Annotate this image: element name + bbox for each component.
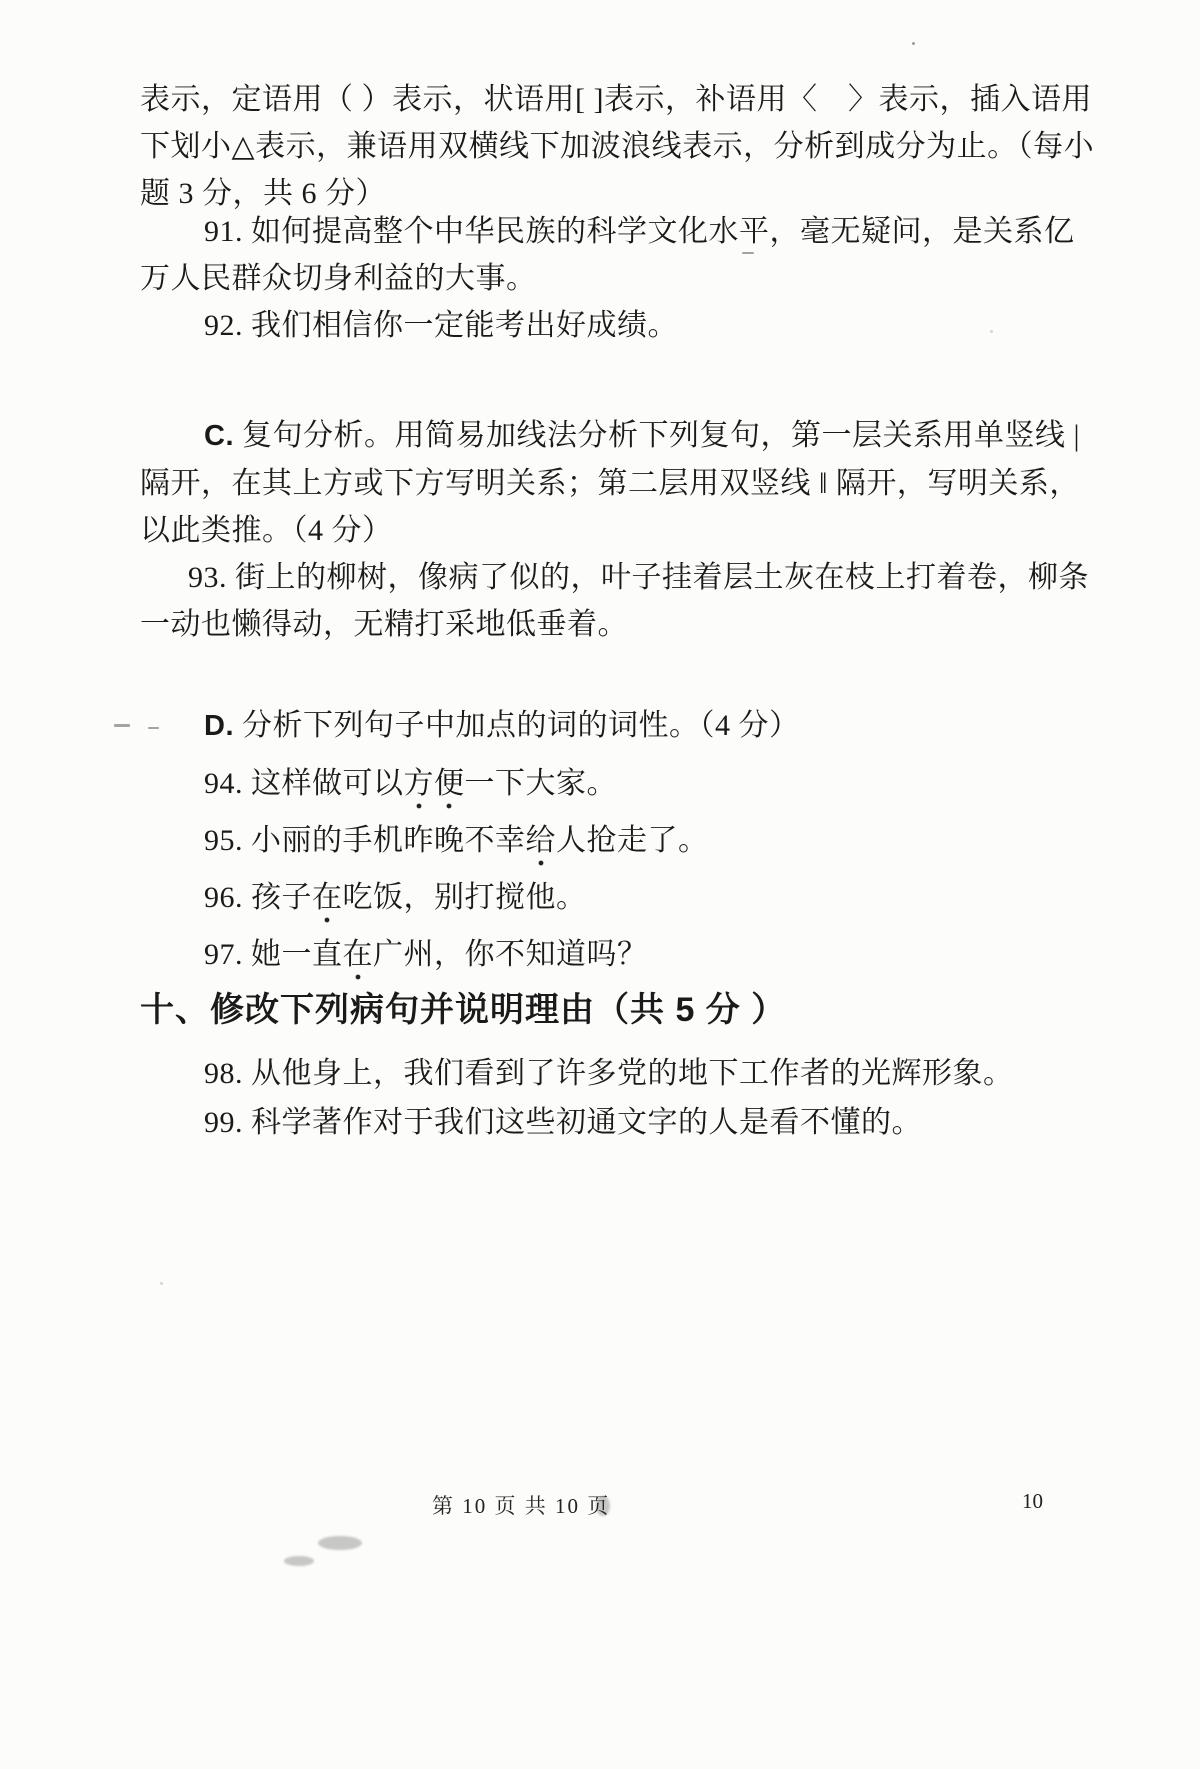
scan-smudge (318, 1536, 362, 1550)
item-96-pre: 96. 孩子 (204, 881, 312, 914)
item-93-line-2: 一动也懒得动，无精打采地低垂着。 (140, 601, 1090, 648)
scanned-exam-page: 表示，定语用（ ）表示，状语用[ ]表示，补语用〈 〉表示，插入语用 下划小△表… (0, 0, 1200, 1769)
scan-smudge (284, 1556, 314, 1566)
footer-page-info: 第 10 页 共 10 页 (432, 1490, 610, 1520)
item-98: 98. 从他身上，我们看到了许多党的地下工作者的光辉形象。 (140, 1050, 1090, 1097)
scan-speckle (160, 1282, 163, 1285)
section-d: D.分析下列句子中加点的词的词性。（4 分） 94. 这样做可以方便一下大家。 … (140, 702, 1090, 978)
section-d-label: D. (204, 710, 234, 742)
item-95-dotted-word: 给 (526, 824, 557, 866)
item-94-dotted-word: 方便 (404, 767, 465, 809)
intro-line-1: 表示，定语用（ ）表示，状语用[ ]表示，补语用〈 〉表示，插入语用 (140, 76, 1090, 123)
footer-page-number: 10 (1022, 1489, 1043, 1514)
item-97-post: 广州，你不知道吗？ (373, 938, 648, 971)
section-c-label: C. (204, 420, 234, 452)
section-b-items: 91. 如何提高整个中华民族的科学文化水平，毫无疑问，是关系亿 万人民群众切身利… (140, 208, 1090, 349)
item-96-dotted-word: 在 (312, 881, 343, 923)
scan-speckle (912, 42, 915, 45)
section-c-heading: C.复句分析。用简易加线法分析下列复句，第一层关系用单竖线 | (140, 412, 1090, 460)
section-c-title: 复句分析。用简易加线法分析下列复句，第一层关系用单竖线 | (242, 419, 1080, 452)
scan-dash-mark (148, 727, 159, 729)
item-95-post: 人抢走了。 (556, 824, 709, 857)
item-99: 99. 科学著作对于我们这些初通文字的人是看不懂的。 (140, 1099, 1090, 1146)
item-96-post: 吃饭，别打搅他。 (343, 881, 587, 914)
item-96: 96. 孩子在吃饭，别打搅他。 (140, 874, 1090, 921)
scan-speckle (990, 330, 993, 333)
scan-dash-mark (114, 724, 130, 727)
scan-dash-mark (742, 252, 754, 254)
item-95-pre: 95. 小丽的手机昨晚不幸 (204, 824, 526, 857)
item-95: 95. 小丽的手机昨晚不幸给人抢走了。 (140, 817, 1090, 864)
item-94-post: 一下大家。 (465, 767, 618, 800)
section-c-line-2: 隔开，在其上方或下方写明关系；第二层用双竖线 ‖ 隔开，写明关系， (140, 460, 1090, 507)
section-ten-heading: 十、修改下列病句并说明理由（共 5 分 ） (140, 984, 1090, 1036)
section-c: C.复句分析。用简易加线法分析下列复句，第一层关系用单竖线 | 隔开，在其上方或… (140, 412, 1090, 648)
item-97-pre: 97. 她一直 (204, 938, 343, 971)
item-91-line-1: 91. 如何提高整个中华民族的科学文化水平，毫无疑问，是关系亿 (140, 208, 1090, 255)
intro-line-2: 下划小△表示，兼语用双横线下加波浪线表示，分析到成分为止。（每小 (140, 123, 1090, 170)
scan-smudge (596, 1496, 610, 1516)
item-93-line-1: 93. 街上的柳树，像病了似的，叶子挂着层土灰在枝上打着卷，柳条 (140, 554, 1090, 601)
item-92: 92. 我们相信你一定能考出好成绩。 (140, 302, 1090, 349)
section-d-heading: D.分析下列句子中加点的词的词性。（4 分） (140, 702, 1090, 750)
item-97: 97. 她一直在广州，你不知道吗？ (140, 931, 1090, 978)
scan-speckle (1082, 96, 1085, 99)
item-91-line-2: 万人民群众切身利益的大事。 (140, 255, 1090, 302)
item-94-pre: 94. 这样做可以 (204, 767, 404, 800)
section-d-title: 分析下列句子中加点的词的词性。（4 分） (242, 709, 800, 742)
item-94: 94. 这样做可以方便一下大家。 (140, 760, 1090, 807)
section-intro: 表示，定语用（ ）表示，状语用[ ]表示，补语用〈 〉表示，插入语用 下划小△表… (140, 76, 1090, 217)
section-ten: 十、修改下列病句并说明理由（共 5 分 ） 98. 从他身上，我们看到了许多党的… (140, 984, 1090, 1146)
section-c-line-3: 以此类推。（4 分） (140, 507, 1090, 554)
item-97-dotted-word: 在 (343, 938, 374, 980)
